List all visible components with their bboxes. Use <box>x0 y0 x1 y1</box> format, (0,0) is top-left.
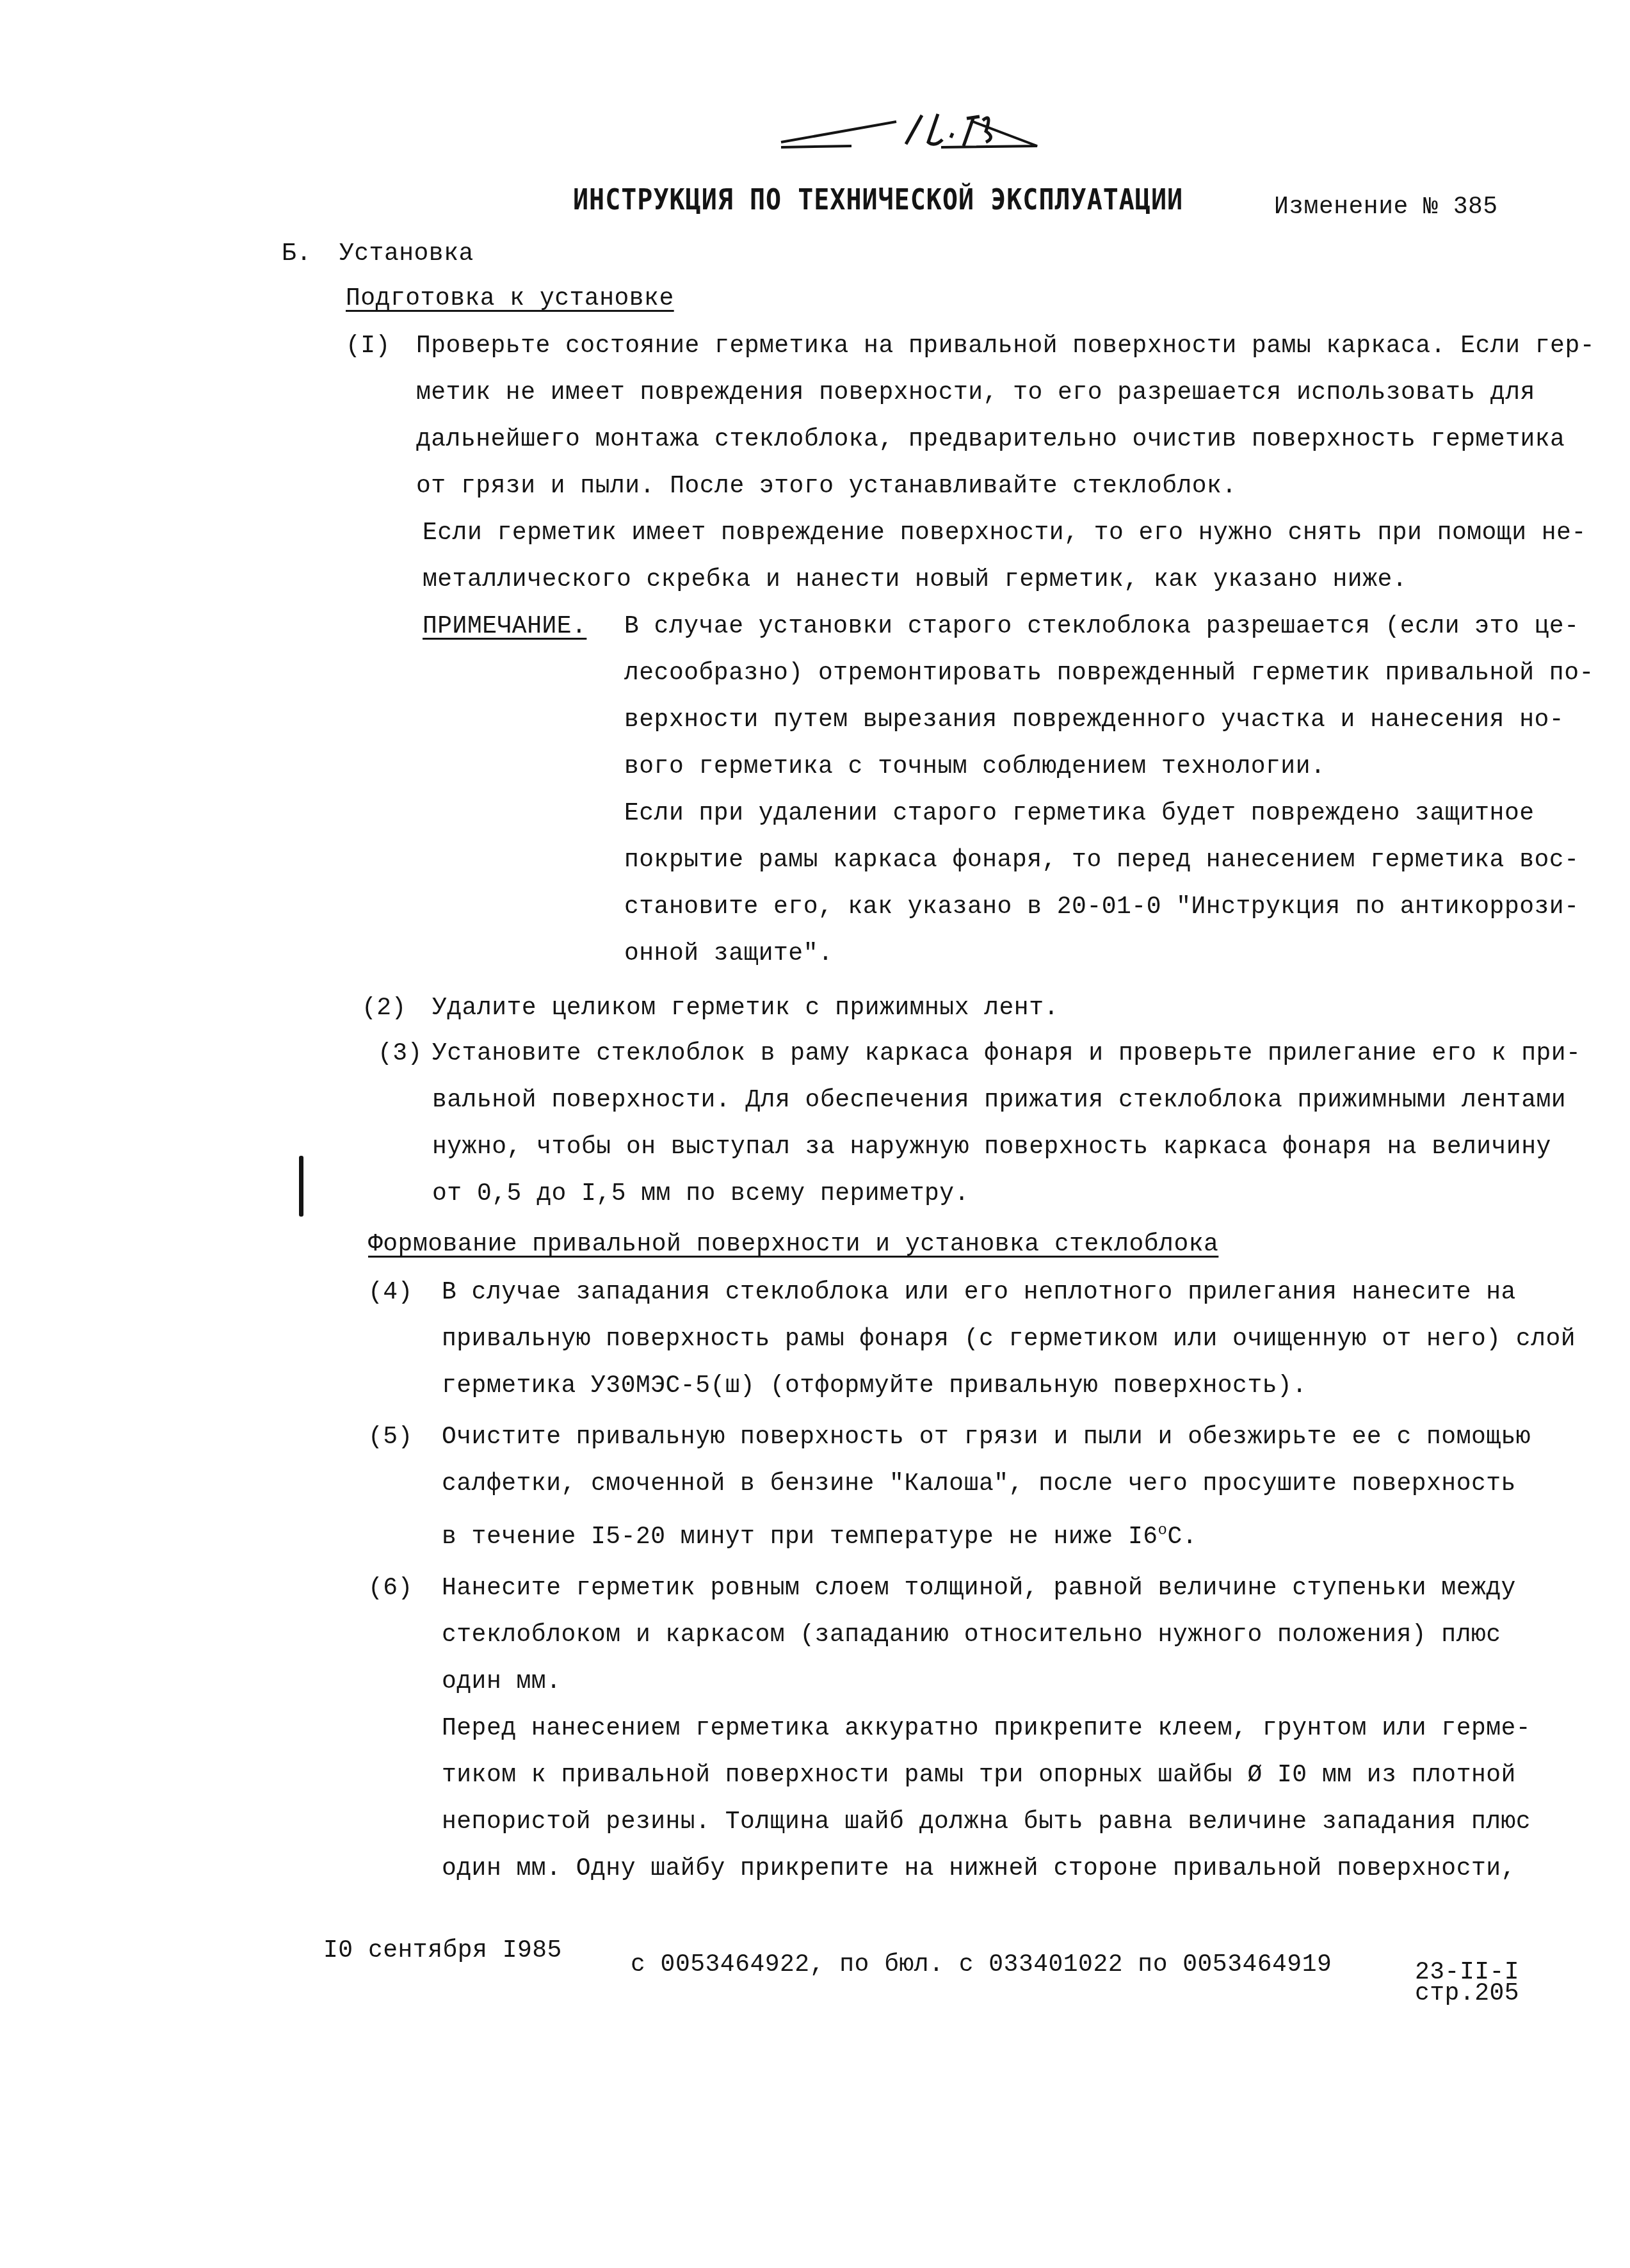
change-number: Изменение № 385 <box>1274 195 1498 220</box>
item-number-4: (4) <box>368 1281 413 1305</box>
section-title: Установка <box>339 242 474 266</box>
footer-date: I0 сентября I985 <box>323 1939 562 1963</box>
item4-line: герметика У30МЭС-5(ш) (отформуйте привал… <box>442 1374 1307 1398</box>
item2-line: Удалите целиком герметик с прижимных лен… <box>432 996 1059 1021</box>
item6-line: Перед нанесением герметика аккуратно при… <box>442 1717 1531 1741</box>
item-number-3: (3) <box>378 1042 423 1066</box>
revision-change-bar <box>299 1156 303 1217</box>
section-marker: Б. <box>282 242 312 266</box>
item6-line: непористой резины. Толщина шайб должна б… <box>442 1810 1531 1835</box>
item3-line: нужно, чтобы он выступал за наружную пов… <box>432 1135 1551 1160</box>
note-line: верхности путем вырезания поврежденного … <box>624 708 1564 733</box>
item5-line3-text: в течение I5-20 минут при температуре не… <box>442 1523 1158 1551</box>
item1-line: Если герметик имеет повреждение поверхно… <box>423 521 1586 546</box>
note-line: В случае установки старого стеклоблока р… <box>624 615 1579 639</box>
item5-line: Очистите привальную поверхность от грязи… <box>442 1425 1531 1450</box>
item1-line: Проверьте состояние герметика на приваль… <box>416 334 1595 359</box>
item3-line: вальной поверхности. Для обеспечения при… <box>432 1089 1566 1113</box>
item4-line: В случае западания стеклоблока или его н… <box>442 1281 1516 1305</box>
item5-line: салфетки, смоченной в бензине "Калоша", … <box>442 1472 1516 1496</box>
celsius-unit: C. <box>1167 1523 1197 1551</box>
item6-line: Нанесите герметик ровным слоем толщиной,… <box>442 1576 1516 1601</box>
item6-line: стеклоблоком и каркасом (западанию относ… <box>442 1623 1501 1648</box>
footer-page-number: стр.205 <box>1415 1982 1519 2006</box>
item1-line: дальнейшего монтажа стеклоблока, предвар… <box>416 428 1565 452</box>
item-number-5: (5) <box>368 1425 413 1450</box>
degree-symbol: o <box>1158 1522 1168 1539</box>
item6-line: тиком к привальной поверхности рамы три … <box>442 1763 1516 1788</box>
handwritten-signature-mark <box>775 102 1044 154</box>
item1-line: от грязи и пыли. После этого устанавлива… <box>416 474 1237 499</box>
subsection-title-preparation: Подготовка к установке <box>346 287 674 311</box>
item3-line: Установите стеклоблок в раму каркаса фон… <box>432 1042 1581 1066</box>
item3-line: от 0,5 до I,5 мм по всему периметру. <box>432 1182 969 1206</box>
footer-applicability: с 0053464922, по бюл. с 033401022 по 005… <box>631 1953 1332 1977</box>
item4-line: привальную поверхность рамы фонаря (с ге… <box>442 1327 1576 1352</box>
item6-line: один мм. Одну шайбу прикрепите на нижней… <box>442 1857 1516 1881</box>
item-number-1: (I) <box>346 334 391 359</box>
note-line: Если при удалении старого герметика буде… <box>624 802 1535 826</box>
subsection-title-forming: Формование привальной поверхности и уста… <box>368 1233 1218 1257</box>
note-label: ПРИМЕЧАНИЕ. <box>423 615 586 639</box>
item-number-2: (2) <box>362 996 407 1021</box>
note-line: онной защите". <box>624 942 833 966</box>
note-line: вого герметика с точным соблюдением техн… <box>624 755 1325 779</box>
note-line: покрытие рамы каркаса фонаря, то перед н… <box>624 848 1579 873</box>
note-line: становите его, как указано в 20-01-0 "Ин… <box>624 895 1579 919</box>
item1-line: метик не имеет повреждения поверхности, … <box>416 381 1535 405</box>
document-title: ИНСТРУКЦИЯ ПО ТЕХНИЧЕСКОЙ ЭКСПЛУАТАЦИИ <box>573 184 1183 217</box>
item6-line: один мм. <box>442 1670 561 1694</box>
item5-line: в течение I5-20 минут при температуре не… <box>442 1519 1197 1550</box>
item1-line: металлического скребка и нанести новый г… <box>423 568 1407 592</box>
item-number-6: (6) <box>368 1576 413 1601</box>
note-line: лесообразно) отремонтировать поврежденны… <box>624 661 1594 686</box>
